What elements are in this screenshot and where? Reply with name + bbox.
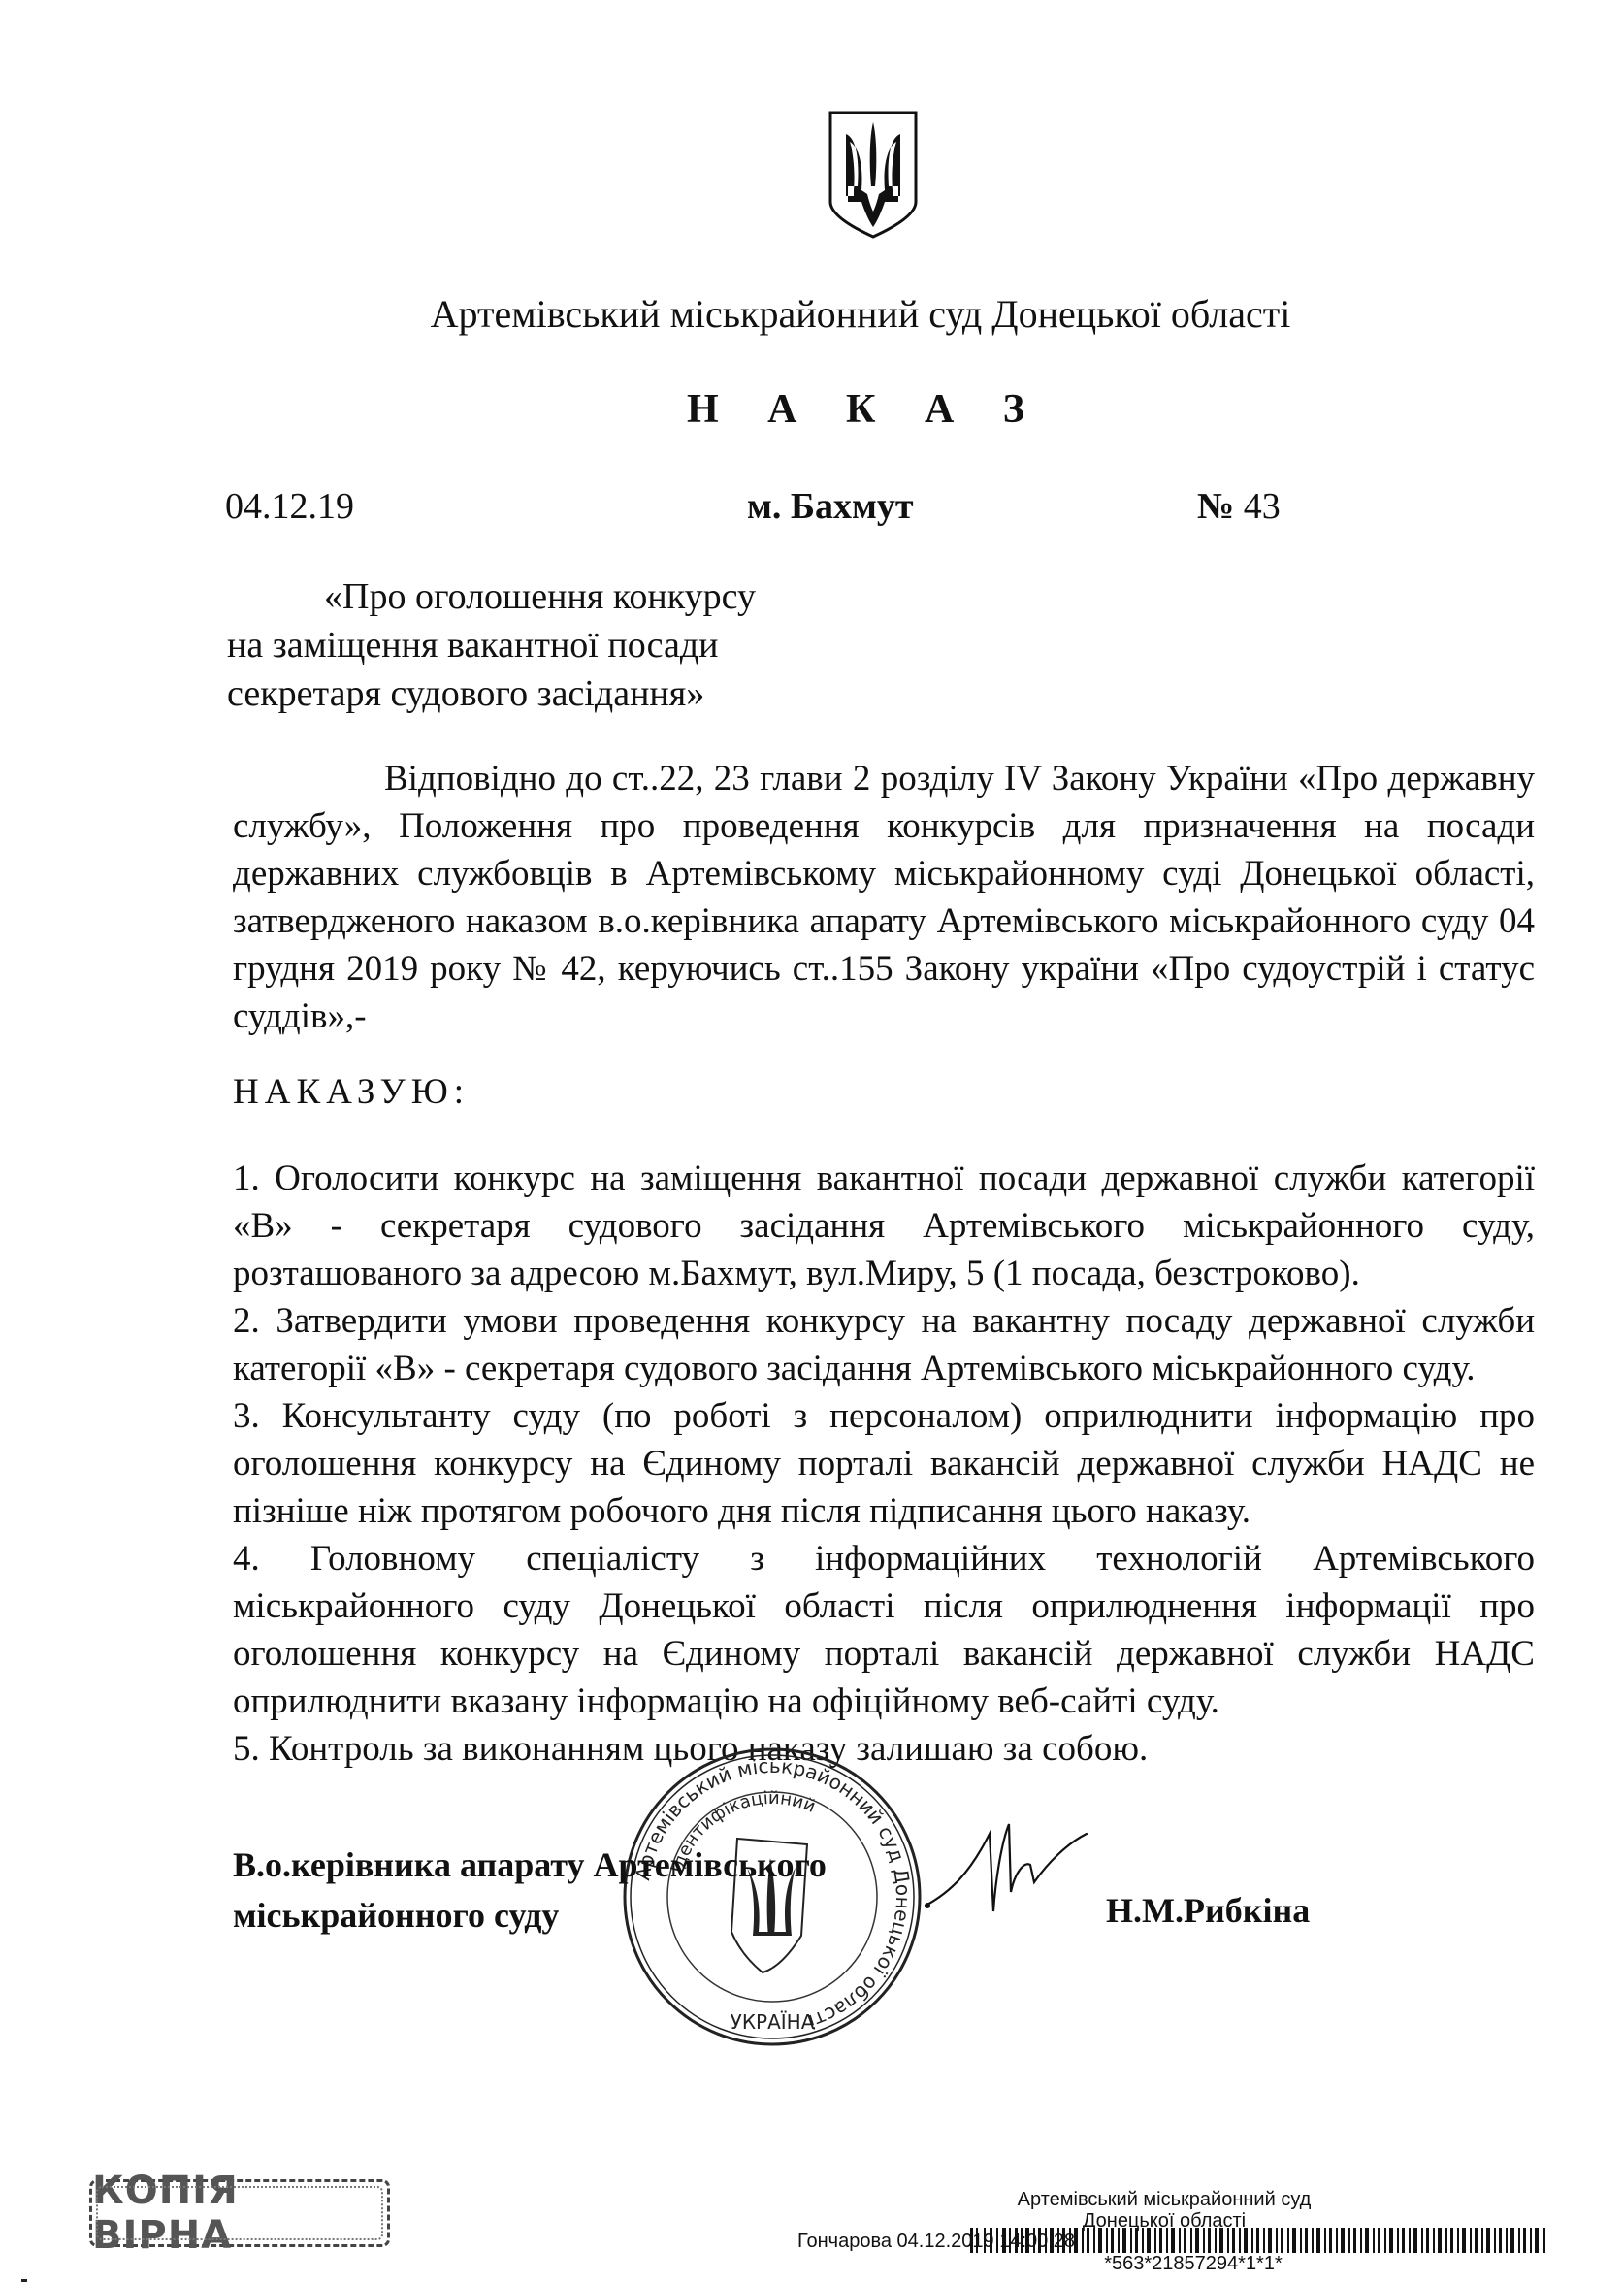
order-city: м. Бахмут (747, 485, 914, 528)
true-copy-stamp-label: КОПІЯ ВІРНА (92, 2168, 387, 2258)
subject-line: секретаря судового засідання» (227, 669, 756, 718)
signer-position: В.о.керівника апарату Артемівського місь… (233, 1840, 827, 1940)
footer-court-name: Артемівський міськрайонний суд Донецької… (1009, 2189, 1319, 2232)
subject-line: «Про оголошення конкурсу (227, 572, 756, 621)
order-item: 3. Консультанту суду (по роботі з персон… (233, 1392, 1535, 1535)
preamble-paragraph: Відповідно до ст..22, 23 глави 2 розділу… (233, 755, 1535, 1040)
order-subject: «Про оголошення конкурсу на заміщення ва… (227, 572, 756, 718)
order-items-list: 1. Оголосити конкурс на заміщення вакант… (233, 1155, 1535, 1773)
order-number: № 43 (1197, 485, 1281, 528)
ukraine-trident-emblem-icon (827, 109, 920, 241)
signer-position-line: міськрайонного суду (233, 1890, 827, 1940)
decree-heading: НАКАЗУЮ: (233, 1071, 470, 1113)
signer-position-line: В.о.керівника апарату Артемівського (233, 1840, 827, 1890)
order-number-value: 43 (1244, 486, 1281, 527)
barcode-icon (970, 2228, 1548, 2253)
order-item: 2. Затвердити умови проведення конкурсу … (233, 1297, 1535, 1392)
subject-line: на заміщення вакантної посади (227, 621, 756, 669)
order-date: 04.12.19 (225, 485, 354, 528)
court-name-header: Артемівський міськрайонний суд Донецької… (0, 291, 1624, 337)
svg-text:УКРАЇНА: УКРАЇНА (731, 2010, 815, 2034)
handwritten-signature-icon (922, 1805, 1096, 1921)
order-item: 4. Головному спеціалісту з інформаційних… (233, 1535, 1535, 1725)
order-item: 1. Оголосити конкурс на заміщення вакант… (233, 1155, 1535, 1297)
true-copy-stamp: КОПІЯ ВІРНА (89, 2179, 390, 2247)
document-title: Н А К А З (0, 386, 1624, 433)
operator-name: Гончарова (797, 2231, 892, 2252)
footer-court-line: Артемівський міськрайонний суд (1009, 2189, 1319, 2210)
signer-name: Н.М.Рибкіна (1106, 1890, 1310, 1931)
number-sign: № (1197, 486, 1234, 527)
barcode-number: *563*21857294*1*1* (1038, 2253, 1348, 2275)
